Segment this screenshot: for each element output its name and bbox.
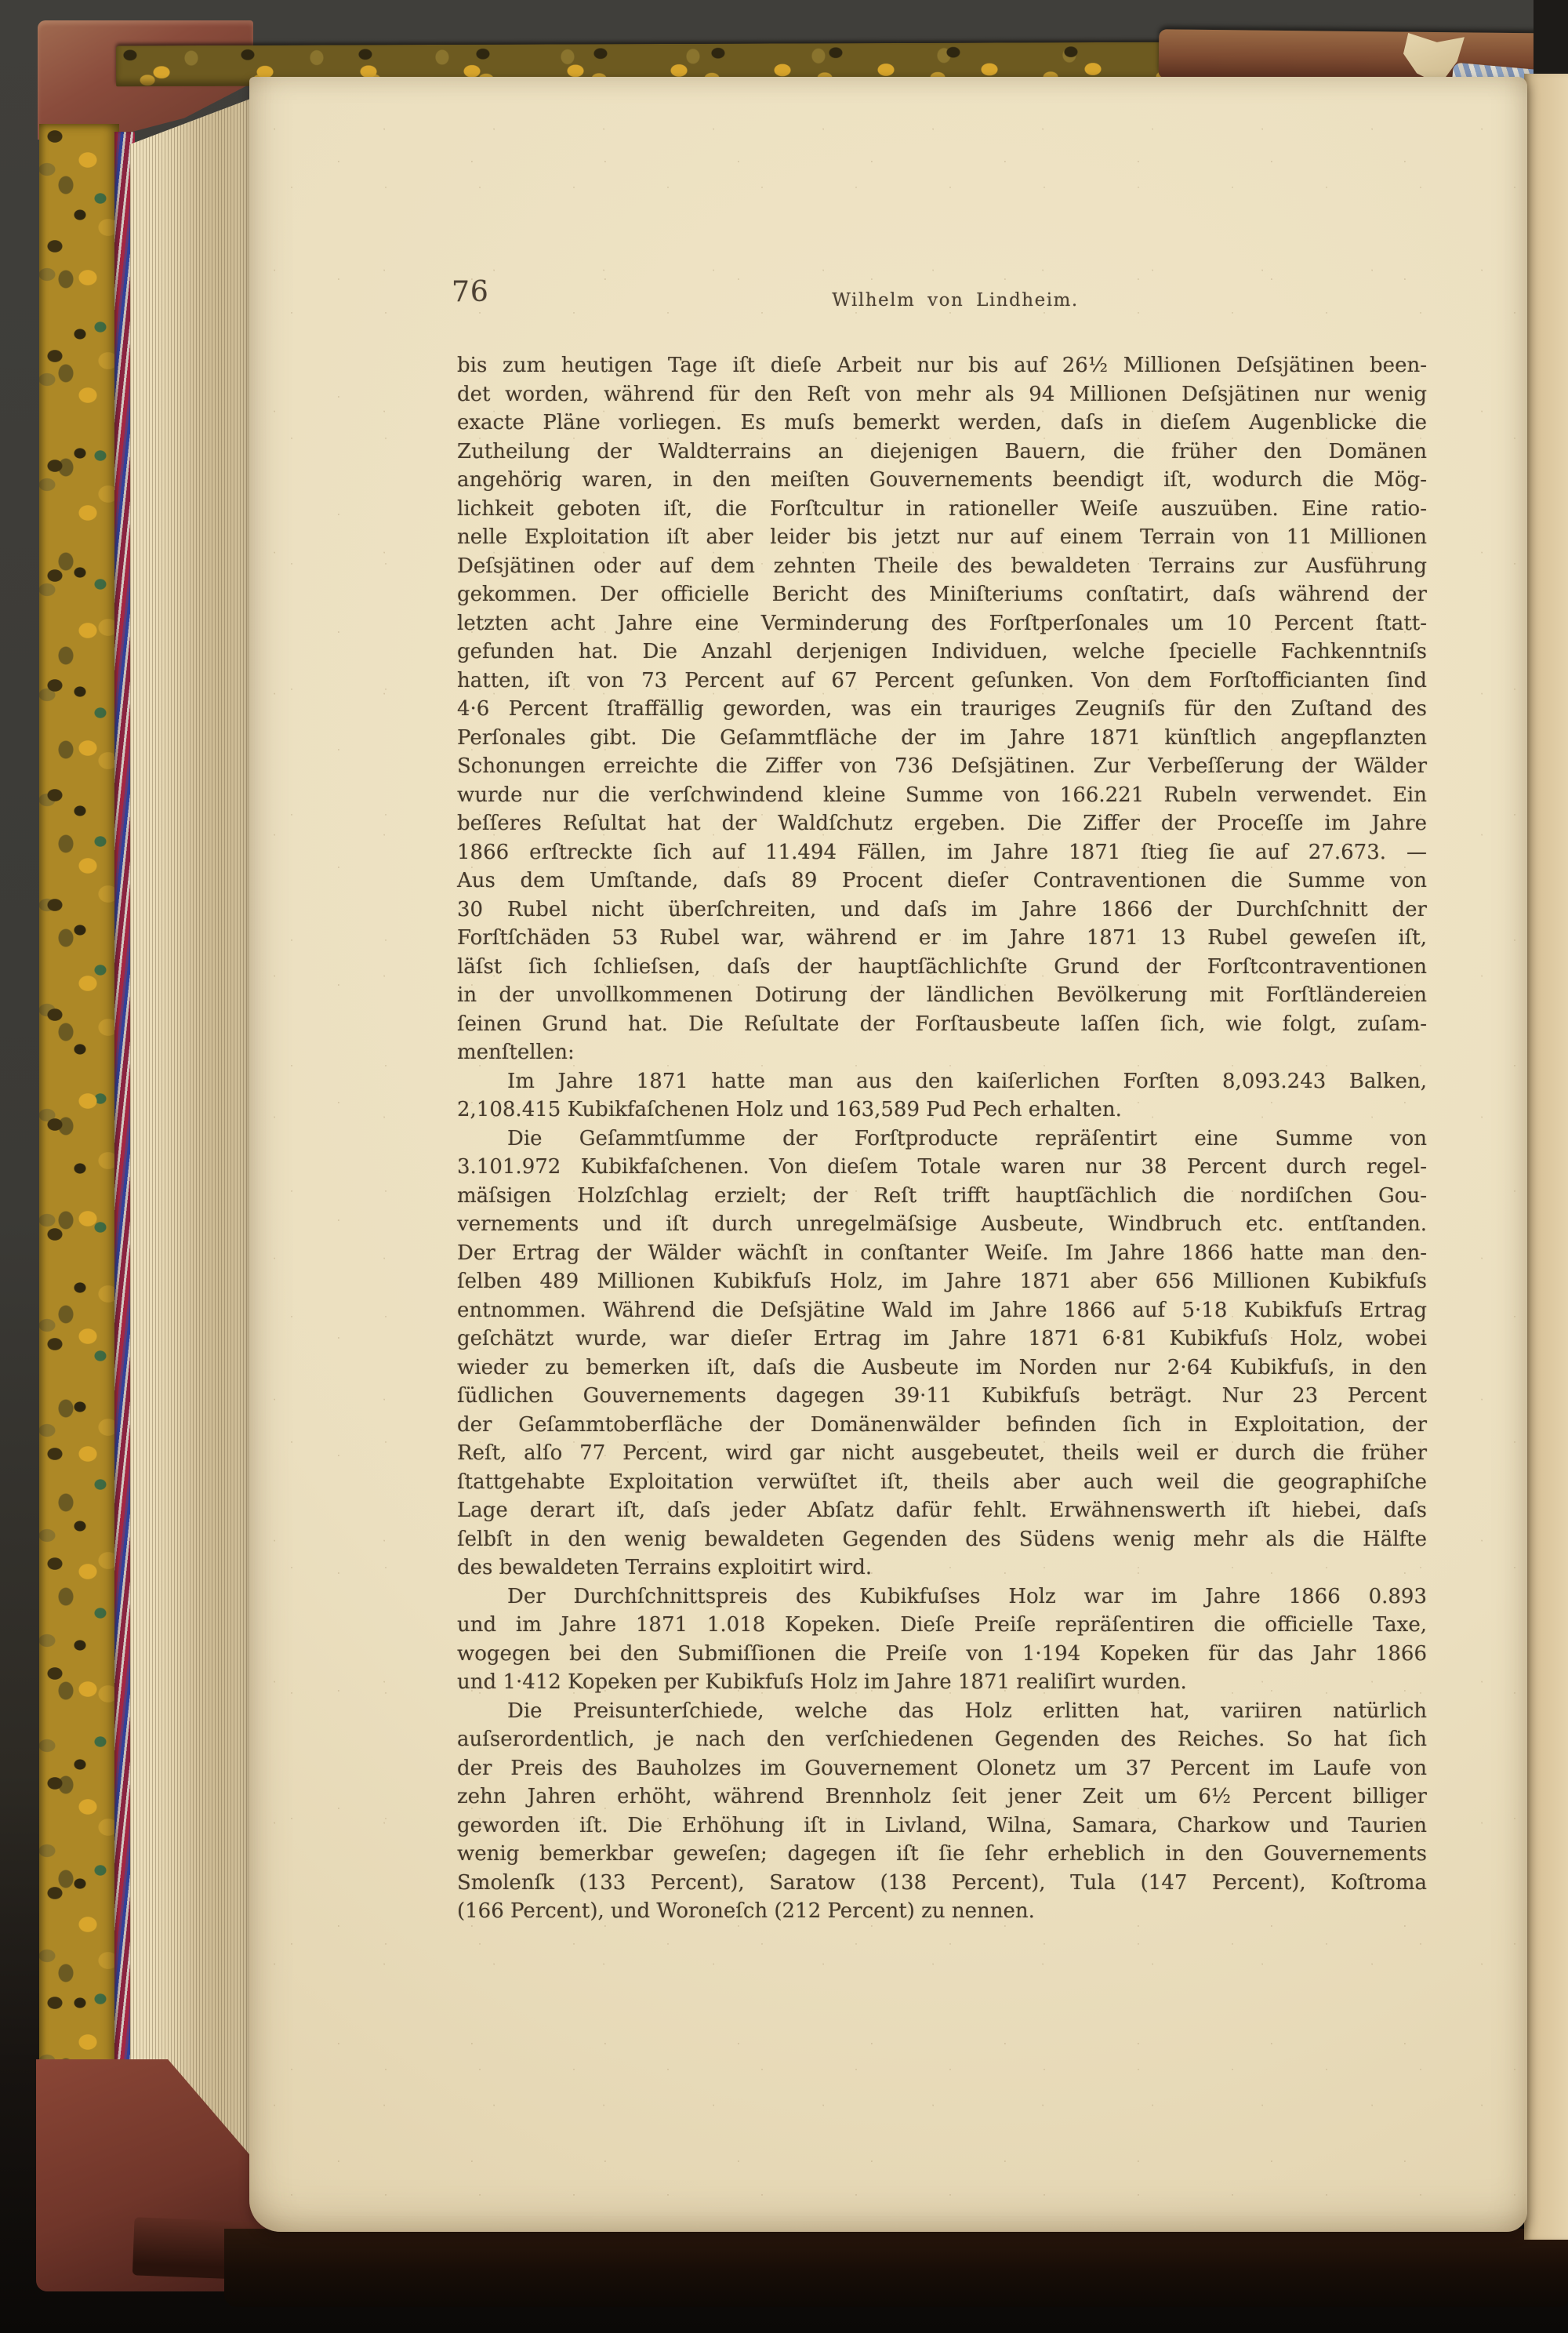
text-line: in der unvollkommenen Dotirung der ländl… [457,981,1427,1010]
text-line: 2,108.415 Kubikfaſchenen Holz und 163,58… [457,1096,1427,1125]
text-line: geſchätzt wurde, war dieſer Ertrag im Ja… [457,1325,1427,1354]
text-line: und im Jahre 1871 1.018 Kopeken. Dieſe P… [457,1611,1427,1640]
text-line: wurde nur die verſchwindend kleine Summe… [457,781,1427,810]
text-line: Forſtſchäden 53 Rubel war, während er im… [457,924,1427,953]
text-line: nelle Exploitation iſt aber leider bis j… [457,523,1427,552]
text-line: läſst ſich ſchlieſsen, daſs der hauptſäc… [457,953,1427,982]
running-header: Wilhelm von Lindheim. [471,290,1439,311]
text-line: und 1·412 Kopeken per Kubikfuſs Holz im … [457,1668,1427,1697]
text-line: zehn Jahren erhöht, während Brennholz ſe… [457,1782,1427,1812]
text-line: letzten acht Jahre eine Verminderung des… [457,609,1427,638]
text-line: Die Preisunterſchiede, welche das Holz e… [457,1697,1427,1726]
text-line: hatten, iſt von 73 Percent auf 67 Percen… [457,667,1427,696]
text-line: 30 Rubel nicht überſchreiten, und daſs i… [457,896,1427,925]
text-line: Deſsjätinen oder auf dem zehnten Theile … [457,552,1427,581]
text-line: wieder zu bemerken iſt, daſs die Ausbeut… [457,1354,1427,1383]
text-line: gekommen. Der officielle Bericht des Min… [457,580,1427,609]
text-line: entnommen. Während die Deſsjätine Wald i… [457,1296,1427,1325]
text-line: der Geſammtoberfläche der Domänenwälder … [457,1411,1427,1440]
text-line: beſſeres Reſultat hat der Waldſchutz erg… [457,809,1427,838]
gutter-next-page [1524,74,1568,2240]
text-line: wenig bemerkbar geweſen; dagegen iſt ſie… [457,1840,1427,1869]
text-line: ſelben 489 Millionen Kubikfuſs Holz, im … [457,1267,1427,1296]
text-line: Der Ertrag der Wälder wächſt in conſtant… [457,1239,1427,1268]
text-line: det worden, während für den Reſt von meh… [457,380,1427,409]
text-line: wogegen bei den Submiſſionen die Preiſe … [457,1640,1427,1669]
text-line: Perſonales gibt. Die Geſammtfläche der i… [457,724,1427,753]
text-line: ſeinen Grund hat. Die Reſultate der Forſ… [457,1010,1427,1039]
text-line: bis zum heutigen Tage iſt dieſe Arbeit n… [457,351,1427,380]
text-line: Zutheilung der Waldterrains an diejenige… [457,438,1427,467]
open-book-page: 76 Wilhelm von Lindheim. bis zum heutige… [249,77,1527,2232]
text-line: der Preis des Bauholzes im Gouvernement … [457,1754,1427,1783]
text-line: Der Durchſchnittspreis des Kubikfuſses H… [457,1583,1427,1612]
text-line: Reſt, alſo 77 Percent, wird gar nicht au… [457,1439,1427,1468]
text-line: lichkeit geboten iſt, die Forſtcultur in… [457,495,1427,524]
text-line: Lage derart iſt, daſs jeder Abſatz dafür… [457,1496,1427,1525]
text-line: ſüdlichen Gouvernements dagegen 39·11 Ku… [457,1382,1427,1411]
text-line: 3.101.972 Kubikfaſchenen. Von dieſem Tot… [457,1153,1427,1182]
text-line: vernements und iſt durch unregelmäſsige … [457,1210,1427,1239]
text-line: geworden iſt. Die Erhöhung iſt in Livlan… [457,1812,1427,1841]
text-line: Aus dem Umſtande, daſs 89 Procent dieſer… [457,867,1427,896]
text-line: Im Jahre 1871 hatte man aus den kaiſerli… [457,1067,1427,1096]
text-line: menſtellen: [457,1038,1427,1067]
scanned-book-photo: { "page": { "number": "76", "running_hea… [0,0,1568,2333]
text-line: angehörig waren, in den meiſten Gouverne… [457,466,1427,495]
text-line: gefunden hat. Die Anzahl derjenigen Indi… [457,638,1427,667]
text-line: exacte Pläne vorliegen. Es muſs bemerkt … [457,409,1427,438]
text-line: ſelbſt in den wenig bewaldeten Gegenden … [457,1525,1427,1554]
text-line: auſserordentlich, je nach den verſchiede… [457,1725,1427,1754]
bottom-book-edge-shadow [224,2229,1568,2307]
text-line: 1866 erſtreckte ſich auf 11.494 Fällen, … [457,838,1427,867]
text-line: Smolenſk (133 Percent), Saratow (138 Per… [457,1869,1427,1898]
text-line: ſtattgehabte Exploitation verwüſtet iſt,… [457,1468,1427,1497]
text-line: Die Geſammtſumme der Forſtproducte reprä… [457,1125,1427,1154]
text-line: (166 Percent), und Woroneſch (212 Percen… [457,1897,1427,1926]
text-line: mäſsigen Holzſchlag erzielt; der Reſt tr… [457,1182,1427,1211]
body-text-block: bis zum heutigen Tage iſt dieſe Arbeit n… [457,351,1427,1926]
page-stack-edges [130,96,259,2237]
text-line: Schonungen erreichte die Ziffer von 736 … [457,752,1427,781]
text-line: 4·6 Percent ſtraffällig geworden, was ei… [457,695,1427,724]
marbled-cover-left-edge [39,124,119,2080]
text-line: des bewaldeten Terrains exploitirt wird. [457,1554,1427,1583]
